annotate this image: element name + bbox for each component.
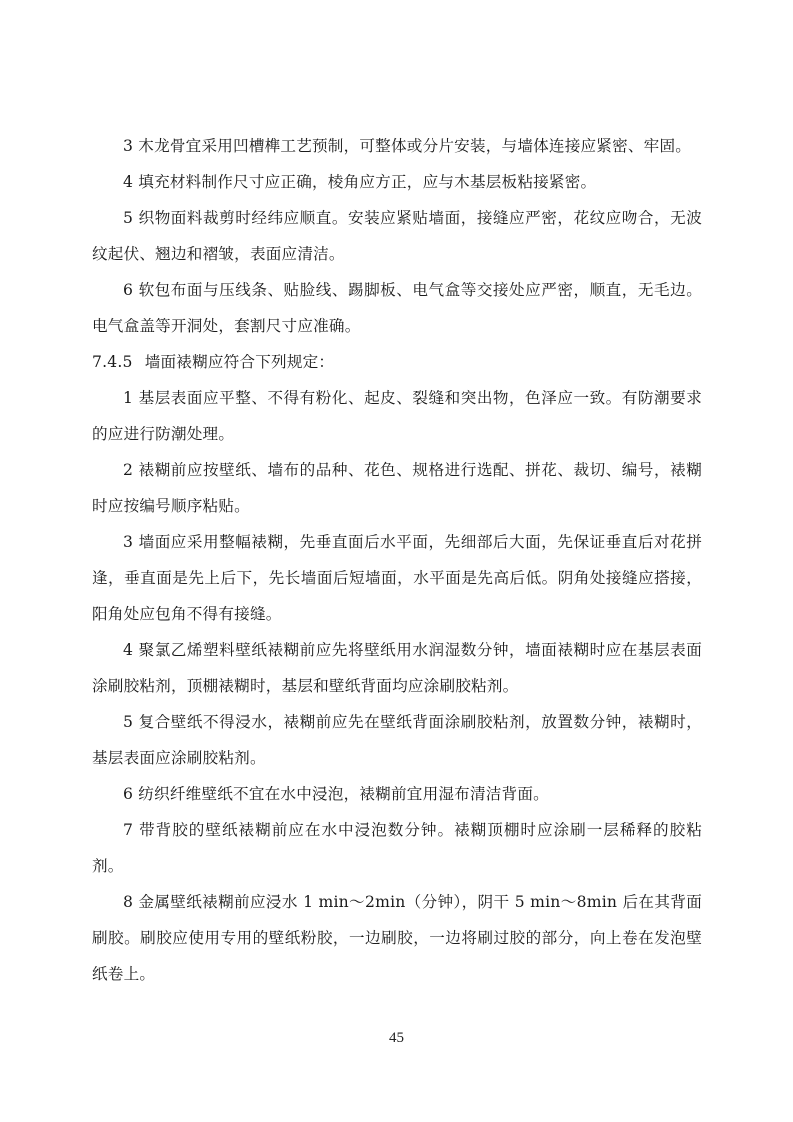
- page-number: 45: [0, 1030, 793, 1047]
- paragraph-item-3-wood-keel: 3 木龙骨宜采用凹槽榫工艺预制，可整体或分片安装，与墙体连接应紧密、牢固。: [92, 128, 702, 164]
- paragraph-item-4-pvc-wallpaper: 4 聚氯乙烯塑料壁纸裱糊前应先将壁纸用水润湿数分钟，墙面裱糊时应在基层表面涂刷胶…: [92, 632, 702, 704]
- paragraph-item-5-composite-wallpaper: 5 复合壁纸不得浸水，裱糊前应先在壁纸背面涂刷胶粘剂，放置数分钟，裱糊时，基层表…: [92, 704, 702, 776]
- page-body: 3 木龙骨宜采用凹槽榫工艺预制，可整体或分片安装，与墙体连接应紧密、牢固。 4 …: [92, 128, 702, 992]
- paragraph-item-3-full-width: 3 墙面应采用整幅裱糊，先垂直面后水平面，先细部后大面，先保证垂直后对花拼逢，垂…: [92, 524, 702, 632]
- paragraph-item-6-soft-pack: 6 软包布面与压线条、贴脸线、踢脚板、电气盒等交接处应严密，顺直，无毛边。电气盒…: [92, 272, 702, 344]
- paragraph-item-8-metal-wallpaper: 8 金属壁纸裱糊前应浸水 1 min～2min（分钟），阴干 5 min～8mi…: [92, 884, 702, 992]
- clause-title: 墙面裱糊应符合下列规定：: [145, 353, 335, 371]
- paragraph-item-4-filler: 4 填充材料制作尺寸应正确，棱角应方正，应与木基层板粘接紧密。: [92, 164, 702, 200]
- clause-number: 7.4.5: [92, 353, 133, 371]
- clause-heading-7-4-5: 7.4.5墙面裱糊应符合下列规定：: [92, 344, 702, 380]
- document-page: 3 木龙骨宜采用凹槽榫工艺预制，可整体或分片安装，与墙体连接应紧密、牢固。 4 …: [0, 0, 793, 1122]
- paragraph-item-5-fabric: 5 织物面料裁剪时经纬应顺直。安装应紧贴墙面，接缝应严密，花纹应吻合，无波纹起伏…: [92, 200, 702, 272]
- paragraph-item-7-backed-wallpaper: 7 带背胶的壁纸裱糊前应在水中浸泡数分钟。裱糊顶棚时应涂刷一层稀释的胶粘剂。: [92, 812, 702, 884]
- paragraph-item-6-textile-wallpaper: 6 纺织纤维壁纸不宜在水中浸泡，裱糊前宜用湿布清洁背面。: [92, 776, 702, 812]
- paragraph-item-1-base-surface: 1 基层表面应平整、不得有粉化、起皮、裂缝和突出物，色泽应一致。有防潮要求的应进…: [92, 380, 702, 452]
- paragraph-item-2-selection: 2 裱糊前应按壁纸、墙布的品种、花色、规格进行选配、拼花、裁切、编号，裱糊时应按…: [92, 452, 702, 524]
